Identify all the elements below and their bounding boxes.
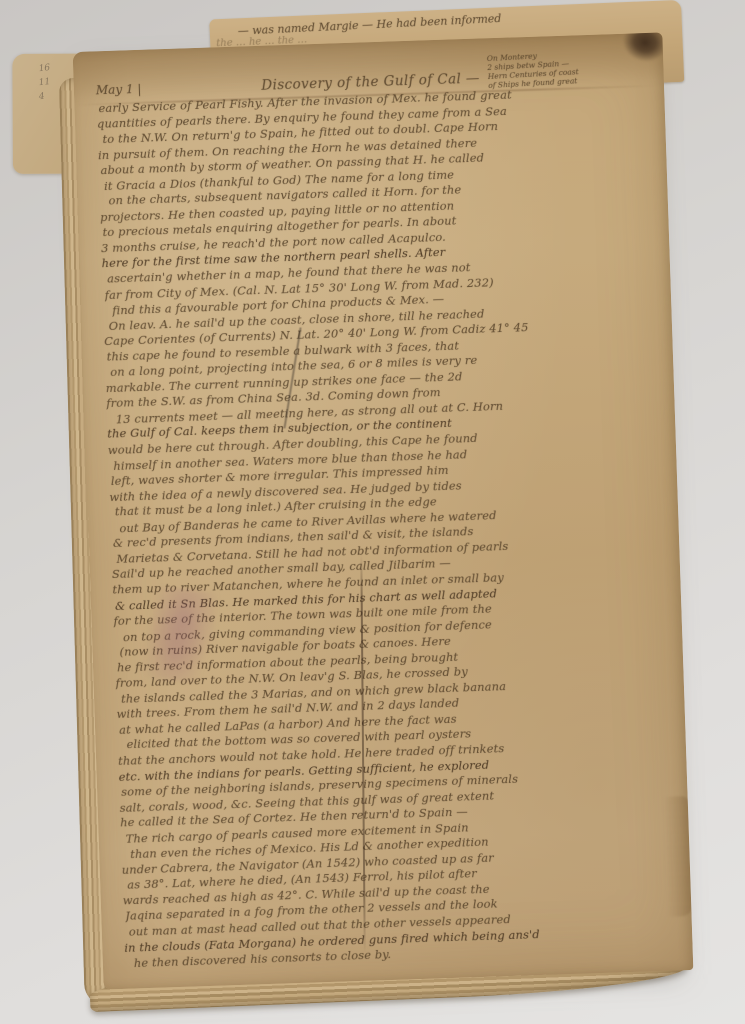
corner-fold-shadow [664, 796, 694, 917]
date-label: May 1 | [96, 82, 142, 98]
manuscript-page: May 1 | Discovery of the Gulf of Cal — O… [73, 32, 694, 989]
manuscript-body: early Service of Pearl Fishy. After the … [74, 80, 693, 972]
mauve-smudge-stain [139, 585, 218, 684]
manuscript-photo: — was named Margie — He had been informe… [0, 0, 745, 1024]
manuscript-stack: — was named Margie — He had been informe… [73, 32, 694, 989]
